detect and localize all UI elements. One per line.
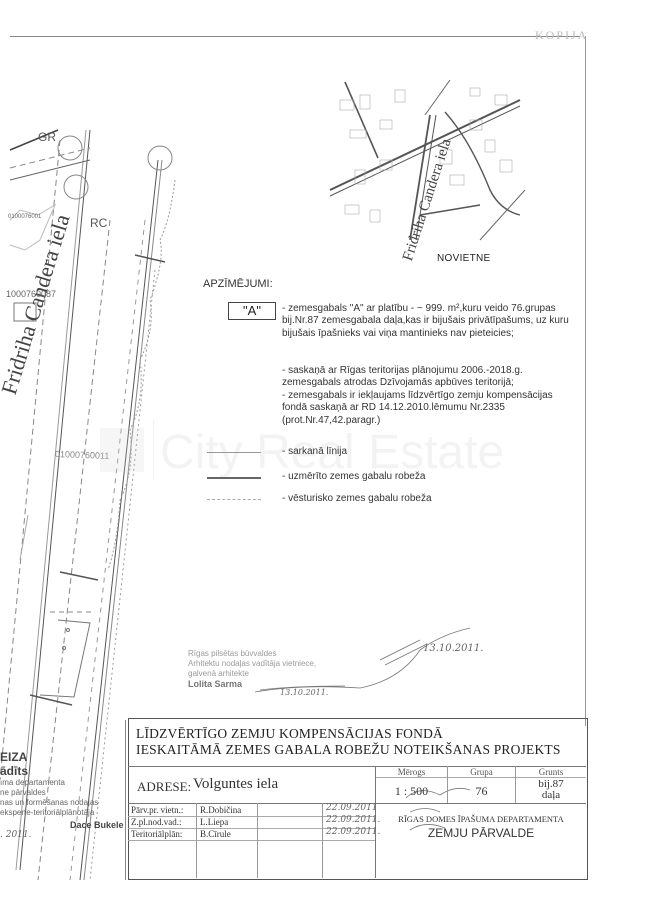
land-header: Grunts xyxy=(516,767,586,777)
signatory-name: R.Dobičina xyxy=(200,805,241,815)
land-value: bij.87 daļa xyxy=(528,779,574,801)
stamp-line: ne pārvaldes xyxy=(0,788,124,798)
title-line-1: LĪDZVĒRTĪGO ZEMJU KOMPENSĀCIJAS FONDĀ xyxy=(136,726,561,742)
address-value: Volguntes iela xyxy=(193,776,278,793)
stamp-date: . 2011. xyxy=(0,830,124,840)
address-label: ADRESE: xyxy=(137,779,191,795)
signatory-date: 22.09.2011. xyxy=(326,815,380,825)
title-block-heading: LĪDZVĒRTĪGO ZEMJU KOMPENSĀCIJAS FONDĀ IE… xyxy=(136,726,561,758)
group-header: Grupa xyxy=(448,767,515,777)
left-approval-stamp: EIZA ādīts ıma departamenta ne pārvaldes… xyxy=(0,750,124,840)
signatory-date: 22.09.2011 xyxy=(326,803,378,813)
signatory-date: 22.09.2011. xyxy=(326,827,380,837)
architect-date-under: 13.10.2011. xyxy=(280,688,328,697)
scale-value: 1 : 500 xyxy=(376,784,447,799)
title-line-2: IESKAITĀMĀ ZEMES GABALA ROBEŽU NOTEIKŠAN… xyxy=(136,742,561,758)
org-division: ZEMJU PĀRVALDE xyxy=(376,826,586,840)
stamp-name: Dace Bukele xyxy=(0,820,124,830)
scale-header: Mērogs xyxy=(376,767,447,777)
title-block-divider xyxy=(257,803,258,878)
org-department: RĪGAS DOMES ĪPAŠUMA DEPARTAMENTA xyxy=(376,814,586,824)
signatory-role: Pārv.pr. vietn.: xyxy=(131,805,183,815)
stamp-line: eksperte-teritoriālplānotāja xyxy=(0,808,124,818)
signatory-name: B.Cīrule xyxy=(200,829,231,839)
title-block-left-edge xyxy=(125,720,126,880)
signatory-role: Z.pl.nod.vad.: xyxy=(131,817,182,827)
title-block-rule xyxy=(128,840,375,841)
architect-signature-date: 13.10.2011. xyxy=(423,643,483,654)
signatory-name: L.Liepa xyxy=(200,817,228,827)
group-value: 76 xyxy=(448,784,515,799)
stamp-title: EIZA xyxy=(0,750,124,764)
title-block-divider xyxy=(322,803,323,878)
stamp-subtitle: ādīts xyxy=(0,764,124,778)
signatory-role: Teritoriālplān: xyxy=(131,829,182,839)
stamp-line: nas un formēšanas nodaļas xyxy=(0,798,124,808)
title-block-divider xyxy=(196,803,197,878)
stamp-line: ıma departamenta xyxy=(0,778,124,788)
